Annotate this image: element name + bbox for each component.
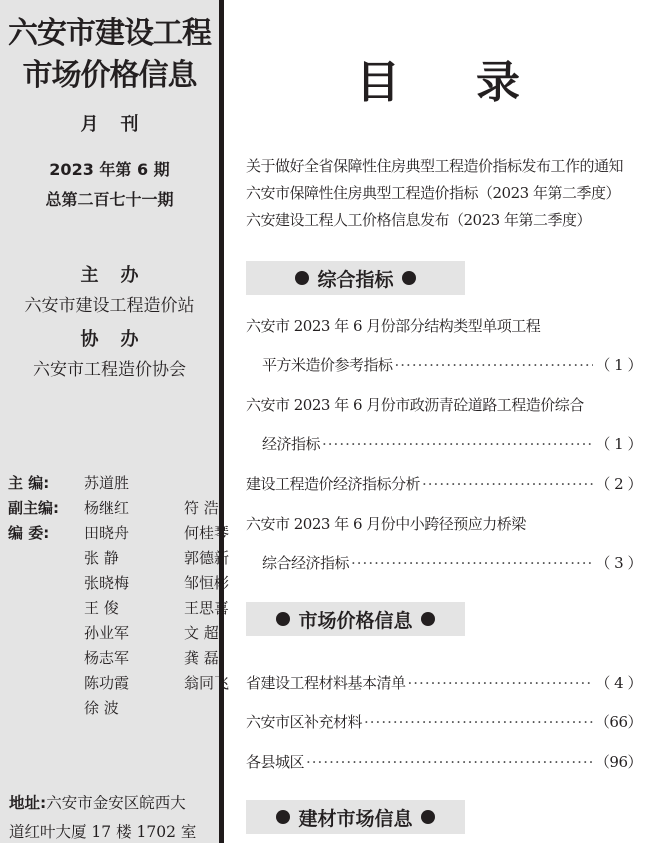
section-title: 综合指标 [317, 265, 393, 292]
staff-row: 张晓梅邹恒彬 [8, 571, 254, 596]
toc-entry[interactable]: 综合经济指标（ 3 ） [262, 552, 642, 573]
staff-role [8, 596, 80, 621]
staff-row: 杨志军龚 磊 [8, 646, 254, 671]
staff-row: 陈功霞翁同飞 [8, 671, 254, 696]
toc-page-number: （96） [595, 751, 642, 772]
host-organization: 六安市建设工程造价站 [0, 291, 219, 316]
toc-page-number: （ 4 ） [595, 672, 642, 693]
staff-row: 孙业军文 超 [8, 621, 254, 646]
frequency-label: 月刊 [0, 110, 219, 136]
notice-item[interactable]: 六安建设工程人工价格信息发布（2023 年第二季度） [246, 209, 591, 230]
dot-leader [422, 475, 593, 493]
toc-entry[interactable]: 省建设工程材料基本清单（ 4 ） [246, 672, 642, 693]
toc-entry-text: 各县城区 [246, 751, 304, 772]
staff-role [8, 546, 80, 571]
staff-name: 陈功霞 [80, 671, 184, 696]
address-label: 地址: [9, 794, 46, 812]
toc-entry[interactable]: 各县城区（96） [246, 751, 642, 772]
bullet-dot-icon [295, 271, 309, 285]
address-line2: 道红叶大厦 17 楼 1702 室 [9, 818, 196, 843]
toc-entry-text: 综合经济指标 [262, 552, 349, 573]
staff-name: 苏道胜 [80, 471, 184, 496]
staff-name: 王 俊 [80, 596, 184, 621]
notice-item[interactable]: 六安市保障性住房典型工程造价指标（2023 年第二季度） [246, 182, 620, 203]
staff-name: 杨志军 [80, 646, 184, 671]
publication-title-line2: 市场价格信息 [0, 50, 219, 94]
section-header-market-prices: 市场价格信息 [246, 602, 465, 636]
staff-row: 副主编:杨继红符 浩 [8, 496, 254, 521]
address-line1: 六安市金安区皖西大 [46, 794, 186, 812]
bullet-dot-icon [276, 810, 290, 824]
staff-name: 徐 波 [80, 696, 184, 721]
issue-number: 2023 年第 6 期 [0, 157, 219, 180]
cohost-label: 协办 [0, 325, 219, 351]
bullet-dot-icon [402, 271, 416, 285]
section-title: 市场价格信息 [298, 606, 412, 633]
sidebar: 六安市建设工程 市场价格信息 月刊 2023 年第 6 期 总第二百七十一期 主… [0, 0, 219, 843]
staff-role [8, 621, 80, 646]
toc-title: 目录 [356, 46, 596, 110]
toc-page-number: （66） [595, 711, 642, 732]
toc-entry-text: 六安市 2023 年 6 月份中小跨径预应力桥梁 [246, 513, 526, 534]
staff-name: 田晓舟 [80, 521, 184, 546]
staff-name: 孙业军 [80, 621, 184, 646]
toc-page-number: （ 2 ） [595, 473, 642, 494]
staff-name: 杨继红 [80, 496, 184, 521]
staff-row: 徐 波 [8, 696, 254, 721]
address: 地址:六安市金安区皖西大 道红叶大厦 17 楼 1702 室 [9, 789, 196, 843]
dot-leader [364, 713, 593, 731]
bullet-dot-icon [276, 612, 290, 626]
dot-leader [395, 356, 594, 374]
total-issue-number: 总第二百七十一期 [0, 187, 219, 210]
notice-item[interactable]: 关于做好全省保障性住房典型工程造价指标发布工作的通知 [246, 155, 623, 176]
dot-leader [351, 554, 593, 572]
toc-entry[interactable]: 六安市区补充材料（66） [246, 711, 642, 732]
staff-role [8, 696, 80, 721]
staff-role [8, 671, 80, 696]
dot-leader [306, 753, 593, 771]
toc-entry-text: 六安市 2023 年 6 月份部分结构类型单项工程 [246, 315, 540, 336]
section-header-comprehensive-indicators: 综合指标 [246, 261, 465, 295]
staff-role: 副主编: [8, 496, 80, 521]
host-label: 主办 [0, 261, 219, 287]
section-title: 建材市场信息 [298, 804, 412, 831]
staff-row: 主 编:苏道胜 [8, 471, 254, 496]
section-header-building-materials-market: 建材市场信息 [246, 800, 465, 834]
staff-row: 张 静郭德新 [8, 546, 254, 571]
toc-entry-text: 省建设工程材料基本清单 [246, 672, 406, 693]
toc-entry[interactable]: 六安市 2023 年 6 月份中小跨径预应力桥梁 [246, 513, 642, 534]
bullet-dot-icon [421, 810, 435, 824]
toc-entry-text: 平方米造价参考指标 [262, 354, 393, 375]
staff-role [8, 646, 80, 671]
staff-row: 王 俊王思喜 [8, 596, 254, 621]
toc-page-number: （ 1 ） [595, 354, 642, 375]
staff-role: 主 编: [8, 471, 80, 496]
toc-page-number: （ 1 ） [595, 433, 642, 454]
dot-leader [408, 674, 594, 692]
toc-entry-text: 经济指标 [262, 433, 320, 454]
toc-entry-text: 六安市 2023 年 6 月份市政沥青砼道路工程造价综合 [246, 394, 584, 415]
staff-name: 张 静 [80, 546, 184, 571]
staff-role [8, 571, 80, 596]
toc-entry[interactable]: 经济指标（ 1 ） [262, 433, 642, 454]
publication-title-line1: 六安市建设工程 [0, 8, 219, 52]
toc-page-number: （ 3 ） [595, 552, 642, 573]
editorial-staff: 主 编:苏道胜 副主编:杨继红符 浩 编 委:田晓舟何桂琴 张 静郭德新 张晓梅… [8, 471, 254, 721]
toc-entry[interactable]: 六安市 2023 年 6 月份市政沥青砼道路工程造价综合 [246, 394, 642, 415]
toc-entry[interactable]: 六安市 2023 年 6 月份部分结构类型单项工程 [246, 315, 642, 336]
staff-row: 编 委:田晓舟何桂琴 [8, 521, 254, 546]
toc-entry[interactable]: 建设工程造价经济指标分析（ 2 ） [246, 473, 642, 494]
bullet-dot-icon [421, 612, 435, 626]
toc-entry[interactable]: 平方米造价参考指标（ 1 ） [262, 354, 642, 375]
cohost-organization: 六安市工程造价协会 [0, 355, 219, 380]
staff-name: 张晓梅 [80, 571, 184, 596]
vertical-divider [219, 0, 224, 843]
dot-leader [322, 435, 593, 453]
toc-entry-text: 建设工程造价经济指标分析 [246, 473, 420, 494]
toc-entry-text: 六安市区补充材料 [246, 711, 362, 732]
staff-role: 编 委: [8, 521, 80, 546]
